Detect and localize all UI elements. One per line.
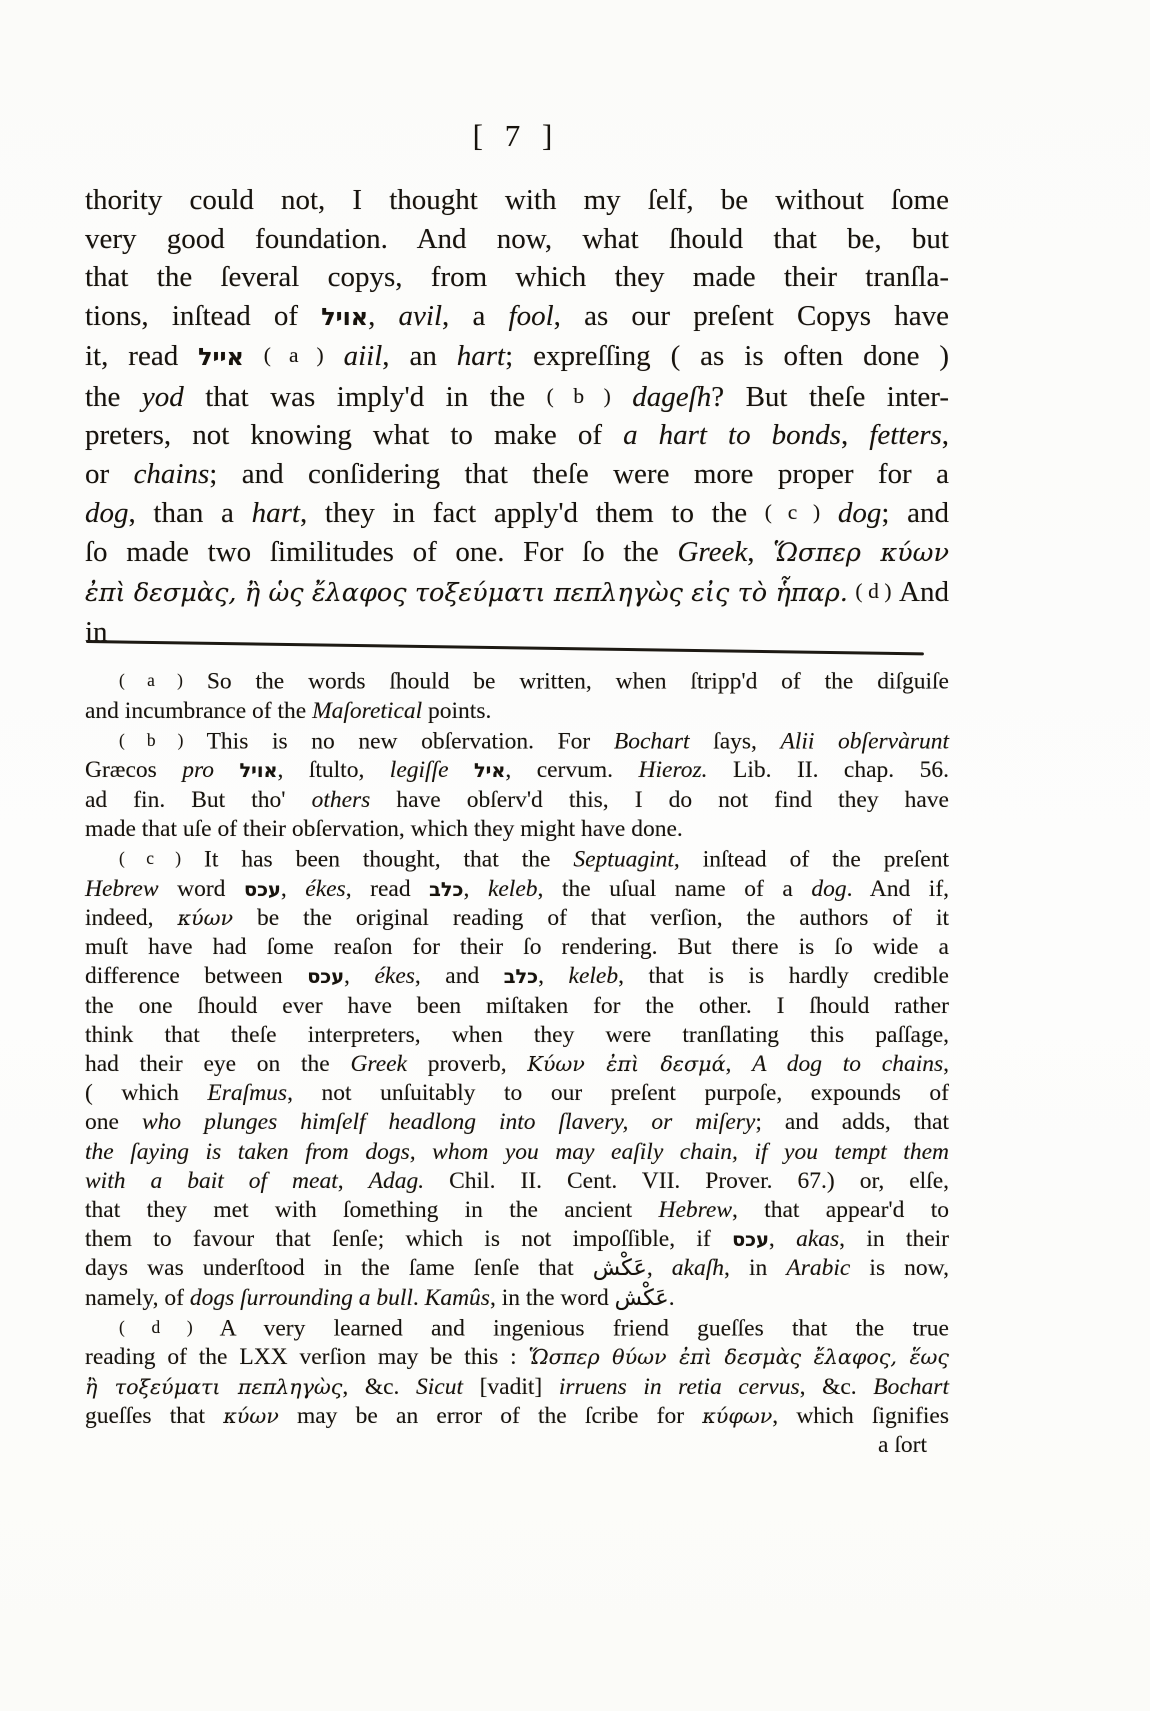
footnotes-section: ( a ) So the words ſhould be written, wh…	[85, 666, 949, 1460]
text-segment: כלב	[429, 878, 463, 901]
text-segment: , that appear'd to	[732, 1197, 949, 1223]
text-segment: ; and	[881, 497, 949, 529]
text-line: think that theſe interpreters, when they…	[85, 1021, 949, 1050]
text-segment: that the ſeveral copys, from which they …	[85, 261, 949, 293]
text-segment: Greek	[350, 1051, 407, 1077]
book-page: [ 7 ] thority could not, I thought with …	[0, 0, 1150, 1711]
text-line: ſo made two ſimilitudes of one. For ſo t…	[85, 533, 949, 573]
text-segment: ,	[769, 1226, 796, 1252]
text-segment: chains	[134, 458, 210, 490]
text-segment: Lib. II. chap. 56.	[708, 757, 950, 783]
text-line: gueſſes that κύων may be an error of the…	[85, 1402, 949, 1431]
text-segment: that they met with ſomething in the anci…	[85, 1197, 658, 1223]
text-line: muſt have had ſome reaſon for their ſo r…	[85, 933, 949, 962]
footnote-c: ( c ) It has been thought, that the Sept…	[85, 844, 949, 1313]
text-segment: gueſſes that	[85, 1403, 223, 1429]
text-line: ( d ) A very learned and ingenious frien…	[85, 1313, 949, 1344]
text-segment: , than a	[129, 497, 252, 529]
text-line: a ſort	[85, 1431, 949, 1460]
text-segment: ,	[281, 876, 305, 902]
text-segment: ( b )	[119, 731, 183, 750]
text-segment: akas	[796, 1226, 839, 1252]
text-segment: Hebrew	[85, 876, 159, 902]
text-segment: dog	[85, 497, 129, 529]
text-segment: hart	[252, 497, 300, 529]
text-line: ἢ τοξεύματι πεπληγὼς, &c. Sicut [vadit] …	[85, 1373, 949, 1402]
text-segment: ( a )	[119, 671, 183, 690]
text-segment: proverb,	[407, 1051, 527, 1077]
text-line: reading of the LXX verſion may be this :…	[85, 1343, 949, 1372]
footnote-b: ( b ) This is no new obſervation. For Bo…	[85, 726, 949, 844]
text-segment: , &c.	[800, 1374, 874, 1400]
text-segment	[820, 497, 838, 529]
text-line: thority could not, I thought with my ſel…	[85, 181, 949, 220]
text-segment: Alii obſervàrunt	[781, 728, 950, 754]
text-segment: עכס	[244, 878, 281, 901]
text-segment: A very learned and ingenious friend gueſ…	[193, 1315, 949, 1341]
text-segment: , in	[724, 1255, 786, 1281]
text-segment: legiſſe	[390, 757, 449, 783]
text-segment: ? But theſe inter-	[711, 381, 949, 413]
text-segment: ,	[463, 876, 487, 902]
text-segment: pro	[182, 757, 214, 783]
text-segment: אויל	[240, 759, 278, 782]
text-segment: keleb	[488, 876, 538, 902]
text-segment: אייל	[198, 343, 244, 371]
text-segment: ; expreſſing ( as is often done )	[505, 340, 949, 372]
text-segment: ( which	[85, 1080, 207, 1106]
text-segment: them to favour that ſenſe; which is not …	[85, 1226, 732, 1252]
text-segment: .	[413, 1285, 425, 1311]
text-segment: ἢ τοξεύματι πεπληγὼς	[85, 1375, 342, 1399]
text-segment: ,	[726, 1051, 753, 1077]
text-segment: ( b )	[547, 384, 611, 408]
text-line: namely, of dogs ſurrounding a bull. Kamû…	[85, 1284, 949, 1313]
text-segment: one	[85, 1109, 142, 1135]
text-line: one who plunges himſelf headlong into ſl…	[85, 1108, 949, 1137]
text-segment: had their eye on the	[85, 1051, 350, 1077]
text-segment: κύφων	[702, 1404, 772, 1428]
text-segment: may be an error of the ſcribe for	[279, 1403, 702, 1429]
text-line: had their eye on the Greek proverb, Κύων…	[85, 1050, 949, 1079]
text-segment: tions, inſtead of	[85, 300, 321, 332]
text-segment: Bochart	[614, 728, 690, 754]
page-number: [ 7 ]	[85, 118, 947, 154]
text-segment: Græcos	[85, 757, 182, 783]
text-segment: ad fin. But tho'	[85, 787, 312, 813]
text-segment	[324, 340, 344, 372]
text-segment: it, read	[85, 340, 198, 372]
text-line: made that uſe of their obſervation, whic…	[85, 815, 949, 844]
text-segment: ( d )	[119, 1318, 193, 1337]
text-line: days was underſtood in the ſame ſenſe th…	[85, 1254, 949, 1283]
text-segment: made that uſe of their obſervation, whic…	[85, 816, 683, 842]
text-segment: ,	[943, 1051, 949, 1077]
text-segment: , an	[382, 340, 456, 372]
text-segment: that was imply'd in the	[184, 381, 547, 413]
text-segment: Adag.	[369, 1168, 424, 1194]
text-segment: ( c )	[765, 500, 820, 524]
text-segment: ,	[344, 963, 374, 989]
footnote-d: ( d ) A very learned and ingenious frien…	[85, 1313, 949, 1460]
text-line: ( which Eraſmus, not unſuitably to our p…	[85, 1079, 949, 1108]
text-segment: ,	[647, 1255, 672, 1281]
main-paragraph: thority could not, I thought with my ſel…	[85, 181, 949, 651]
text-segment: akaſh	[672, 1255, 724, 1281]
text-segment: Greek	[677, 536, 747, 568]
text-segment: ,	[338, 1168, 369, 1194]
text-segment: dogs ſurrounding a bull	[190, 1285, 413, 1311]
text-segment: think that theſe interpreters, when they…	[85, 1022, 949, 1048]
text-segment: כלב	[504, 965, 538, 988]
text-line: ἐπὶ δεσμὰς, ἢ ὡς ἔλαφος τοξεύματι πεπληγ…	[85, 572, 949, 651]
footnote-a: ( a ) So the words ſhould be written, wh…	[85, 666, 949, 726]
text-line: ( a ) So the words ſhould be written, wh…	[85, 666, 949, 697]
text-segment: a ſort	[878, 1432, 927, 1458]
text-segment: very good foundation. And now, what ſhou…	[85, 223, 949, 255]
text-line: ( b ) This is no new obſervation. For Bo…	[85, 726, 949, 757]
text-segment: עכס	[732, 1228, 769, 1251]
text-segment: κύων	[223, 1404, 279, 1428]
text-segment: , read	[346, 876, 429, 902]
text-segment: عَكْش	[615, 1285, 669, 1311]
text-segment: irruens in retia cervus	[559, 1374, 800, 1400]
text-line: Hebrew word עכס, ékes, read כלב, keleb, …	[85, 875, 949, 904]
text-segment	[611, 381, 632, 413]
text-line: that the ſeveral copys, from which they …	[85, 258, 949, 297]
text-segment: dageſh	[632, 381, 711, 413]
text-segment	[449, 757, 474, 783]
text-segment: ,	[538, 963, 568, 989]
text-segment: Κύων ἐπὶ δεσμά	[527, 1052, 725, 1076]
text-segment: ,	[747, 536, 773, 568]
text-segment: ,	[942, 419, 949, 451]
text-segment: dog	[838, 497, 882, 529]
text-segment: .	[669, 1285, 675, 1311]
text-segment: thority could not, I thought with my ſel…	[85, 184, 949, 216]
text-segment: Bochart	[873, 1374, 949, 1400]
text-segment: , which ſignifies	[772, 1403, 949, 1429]
text-line: the ſaying is taken from dogs, whom you …	[85, 1138, 949, 1167]
text-line: with a bait of meat, Adag. Chil. II. Cen…	[85, 1167, 949, 1196]
text-segment: ſo made two ſimilitudes of one. For ſo t…	[85, 536, 677, 568]
text-segment: , that is is hardly credible	[618, 963, 949, 989]
text-segment: with a bait of meat	[85, 1168, 338, 1194]
text-segment: is now,	[850, 1255, 949, 1281]
text-segment: days was underſtood in the ſame ſenſe th…	[85, 1255, 593, 1281]
text-segment: Sicut	[416, 1374, 463, 1400]
text-segment: the	[85, 381, 142, 413]
text-segment: fetters	[869, 419, 942, 451]
text-segment: others	[312, 787, 371, 813]
text-segment: , they in fact apply'd them to the	[300, 497, 765, 529]
text-segment: dog	[811, 876, 846, 902]
text-segment: ékes	[305, 876, 345, 902]
text-segment: אויל	[321, 303, 368, 331]
text-segment: , the uſual name of a	[538, 876, 812, 902]
text-segment: A dog to chains	[752, 1051, 943, 1077]
text-segment: . And if,	[847, 876, 949, 902]
text-segment: avil	[399, 300, 443, 332]
text-segment: Hebrew	[658, 1197, 732, 1223]
text-segment: ( a )	[264, 343, 324, 367]
text-line: the one ſhould ever have been miſtaken f…	[85, 992, 949, 1021]
text-segment: عَكْش	[593, 1255, 647, 1281]
text-segment: points.	[422, 698, 491, 724]
text-segment: word	[159, 876, 244, 902]
text-segment: Ὥσπερ κύων	[773, 538, 949, 568]
text-segment: and incumbrance of the	[85, 698, 312, 724]
text-segment: keleb	[569, 963, 619, 989]
text-segment: hart	[457, 340, 505, 372]
text-segment: , inſtead of the preſent	[674, 846, 949, 872]
text-segment: have obſerv'd this, I do not find they h…	[370, 787, 949, 813]
text-segment: , in the word	[490, 1285, 615, 1311]
text-segment: , as our preſent Copys have	[554, 300, 949, 332]
text-segment: , not unſuitably to our preſent purpoſe,…	[287, 1080, 949, 1106]
text-segment: This is no new obſervation. For	[183, 728, 613, 754]
text-segment: Arabic	[786, 1255, 850, 1281]
text-segment: [vadit]	[463, 1374, 559, 1400]
text-segment: , a	[442, 300, 508, 332]
text-segment: indeed,	[85, 905, 178, 931]
text-segment: , in their	[839, 1226, 949, 1252]
text-segment: ,	[368, 300, 398, 332]
text-line: dog, than a hart, they in fact apply'd t…	[85, 493, 949, 533]
text-line: tions, inſtead of אויל, avil, a fool, as…	[85, 297, 949, 337]
text-segment: ékes	[374, 963, 414, 989]
text-segment: preters, not knowing what to make of	[85, 419, 623, 451]
text-segment: ,	[841, 419, 869, 451]
text-segment: reading of the LXX verſion may be this :	[85, 1344, 529, 1370]
text-line: preters, not knowing what to make of a h…	[85, 416, 949, 455]
text-segment: עכס	[307, 965, 344, 988]
text-line: ad fin. But tho' others have obſerv'd th…	[85, 786, 949, 815]
text-line: and incumbrance of the Maſoretical point…	[85, 697, 949, 726]
text-segment: ( c )	[119, 849, 181, 868]
text-segment: It has been thought, that the	[181, 846, 573, 872]
text-line: Græcos pro אויל, ſtulto, legiſſe איל, ce…	[85, 756, 949, 785]
text-segment: aiil	[344, 340, 383, 372]
text-segment: Eraſmus	[207, 1080, 287, 1106]
text-segment: be the original reading of that verſion,…	[233, 905, 949, 931]
text-segment: , cervum.	[505, 757, 638, 783]
text-segment: Ὥσπερ θύων ἐπὶ δεσμὰς ἔλαφος, ἕως	[529, 1345, 950, 1369]
text-segment: Chil. II. Cent. VII. Prover. 67.) or, el…	[424, 1168, 949, 1194]
text-segment: Septuagint	[573, 846, 674, 872]
text-line: the yod that was imply'd in the ( b ) da…	[85, 377, 949, 417]
text-line: it, read אייל ( a ) aiil, an hart; expre…	[85, 336, 949, 377]
text-segment: Hieroz.	[639, 757, 708, 783]
text-segment: κύων	[178, 906, 234, 930]
text-line: or chains; and conſidering that theſe we…	[85, 455, 949, 494]
text-segment: , and	[415, 963, 504, 989]
text-segment: Kamûs	[425, 1285, 490, 1311]
text-segment: ſays,	[690, 728, 781, 754]
text-segment: ; and adds, that	[755, 1109, 949, 1135]
text-line: that they met with ſomething in the anci…	[85, 1196, 949, 1225]
text-segment	[214, 757, 239, 783]
text-segment: ἐπὶ δεσμὰς, ἢ ὡς ἔλαφος τοξεύματι πεπληγ…	[85, 578, 848, 608]
text-line: indeed, κύων be the original reading of …	[85, 904, 949, 933]
text-segment: Maſoretical	[312, 698, 422, 724]
text-segment: the ſaying is taken from dogs, whom you …	[85, 1139, 949, 1165]
text-segment: the one ſhould ever have been miſtaken f…	[85, 993, 949, 1019]
text-segment: muſt have had ſome reaſon for their ſo r…	[85, 934, 949, 960]
text-segment: who plunges himſelf headlong into ſlaver…	[142, 1109, 755, 1135]
text-line: difference between עכס, ékes, and כלב, k…	[85, 962, 949, 991]
text-segment: a hart to bonds	[623, 419, 841, 451]
text-line: very good foundation. And now, what ſhou…	[85, 220, 949, 259]
text-segment: ( d )	[855, 579, 891, 603]
text-segment: איל	[474, 759, 505, 782]
text-segment: So the words ſhould be written, when ſtr…	[183, 668, 949, 694]
text-segment: , &c.	[342, 1374, 416, 1400]
text-line: them to favour that ſenſe; which is not …	[85, 1225, 949, 1254]
text-segment: namely, of	[85, 1285, 190, 1311]
text-segment	[244, 340, 264, 372]
text-segment: , ſtulto,	[277, 757, 389, 783]
text-segment: ; and conſidering that theſe were more p…	[209, 458, 949, 490]
text-segment: fool	[509, 300, 554, 332]
text-segment: or	[85, 458, 134, 490]
text-segment: yod	[142, 381, 184, 413]
text-segment: difference between	[85, 963, 307, 989]
text-line: ( c ) It has been thought, that the Sept…	[85, 844, 949, 875]
